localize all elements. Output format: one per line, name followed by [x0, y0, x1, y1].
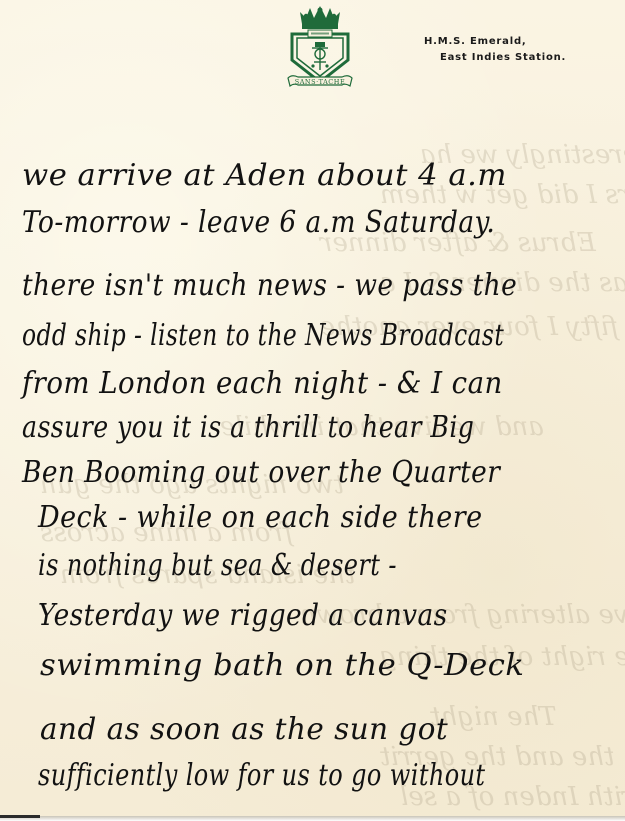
handwritten-line: from London each night - & I can: [22, 366, 503, 401]
handwritten-line: Yesterday we rigged a canvas: [38, 598, 448, 633]
handwritten-line: we arrive at Aden about 4 a.m: [22, 158, 507, 193]
handwritten-line: Ben Booming out over the Quarter: [22, 455, 500, 490]
letterhead-address: H.M.S. Emerald, East Indies Station.: [424, 34, 566, 66]
svg-text:SANS·TACHE: SANS·TACHE: [295, 78, 345, 86]
handwritten-line: swimming bath on the Q-Deck: [40, 648, 524, 683]
handwritten-line: odd ship - listen to the News Broadcast: [22, 318, 504, 353]
handwritten-line: assure you it is a thrill to hear Big: [22, 410, 474, 445]
ship-name: H.M.S. Emerald,: [424, 34, 566, 50]
letter-page: interestingly we ha yours I did get w th…: [0, 0, 625, 816]
naval-crest-icon: SANS·TACHE: [282, 4, 358, 88]
handwritten-line: Deck - while on each side there: [38, 500, 483, 535]
handwritten-line: there isn't much news - we pass the: [22, 268, 517, 303]
page-bottom-edge: [0, 816, 625, 821]
station-name: East Indies Station.: [424, 50, 566, 66]
handwritten-line: To-morrow - leave 6 a.m Saturday.: [22, 205, 495, 240]
handwritten-line: and as soon as the sun got: [40, 712, 448, 747]
page-corner-shadow: [0, 815, 40, 818]
handwritten-line: sufficiently low for us to go without: [38, 758, 485, 793]
handwritten-line: is nothing but sea & desert -: [38, 548, 397, 583]
bleed-through-text: The night: [430, 702, 557, 732]
